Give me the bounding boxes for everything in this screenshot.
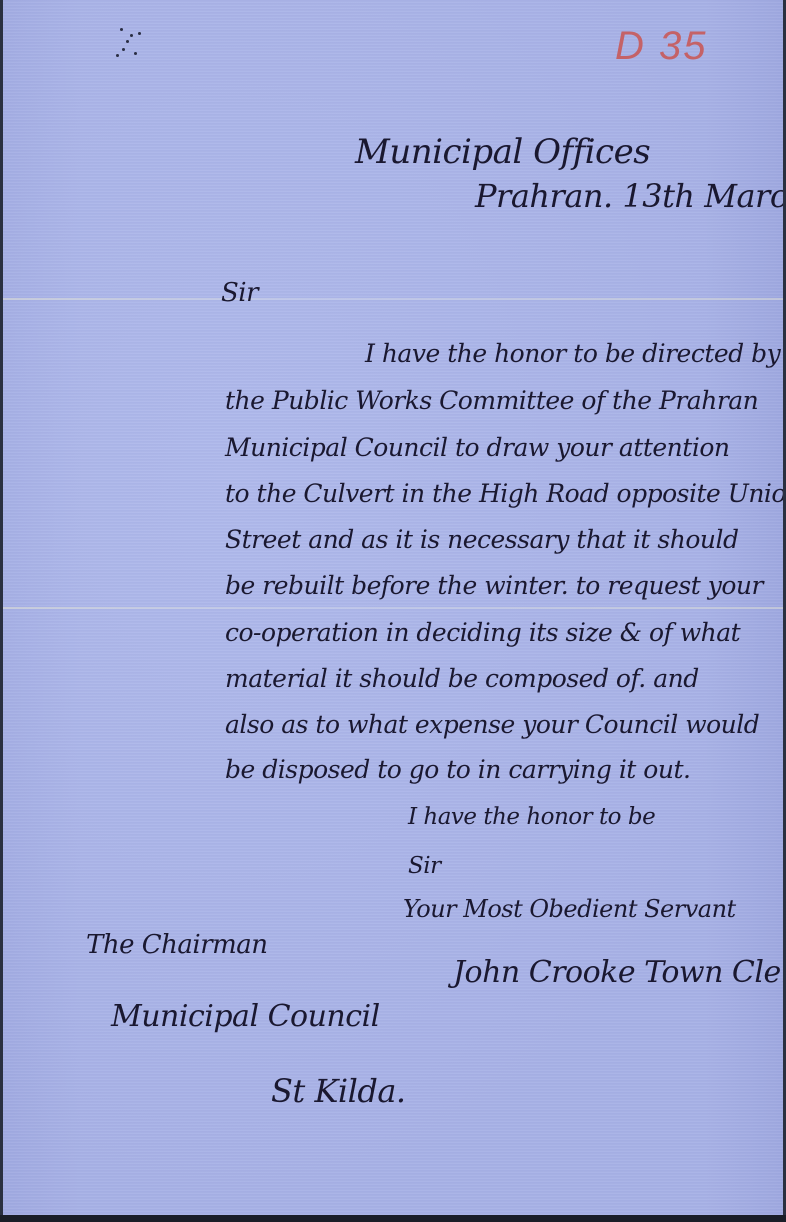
body-line-9: also as to what expense your Council wou… <box>225 712 759 737</box>
body-line-3: Municipal Council to draw your attention <box>225 435 729 460</box>
closing-line-2: Sir <box>408 855 441 878</box>
header-place-date: Prahran. 13th March 1858. <box>475 180 783 212</box>
body-line-4: to the Culvert in the High Road opposite… <box>225 481 783 506</box>
signature: John Crooke Town Clerk <box>453 958 783 988</box>
addressee-line-1: The Chairman <box>86 932 268 958</box>
body-line-7: co-operation in deciding its size & of w… <box>225 620 740 645</box>
body-line-6: be rebuilt before the winter. to request… <box>225 573 763 598</box>
addressee-line-3: St Kilda. <box>271 1075 406 1107</box>
body-line-5: Street and as it is necessary that it sh… <box>225 527 739 552</box>
body-line-8: material it should be composed of. and <box>225 666 699 691</box>
archive-reference-mark: D 35 <box>615 24 708 69</box>
body-line-2: the Public Works Committee of the Prahra… <box>225 388 758 413</box>
body-line-10: be disposed to go to in carrying it out. <box>225 757 690 782</box>
closing-line-1: I have the honor to be <box>408 806 655 829</box>
body-line-1: I have the honor to be directed by <box>365 341 780 366</box>
pinholes <box>108 22 148 62</box>
fold-line-upper <box>3 298 783 300</box>
salutation: Sir <box>221 280 258 306</box>
header-office: Municipal Offices <box>355 135 650 169</box>
fold-line-middle <box>3 607 783 609</box>
letter-page: D 35 Municipal Offices Prahran. 13th Mar… <box>3 0 783 1215</box>
closing-line-3: Your Most Obedient Servant <box>403 897 736 921</box>
addressee-line-2: Municipal Council <box>111 1002 380 1032</box>
scan-edge-bottom <box>0 1215 786 1222</box>
